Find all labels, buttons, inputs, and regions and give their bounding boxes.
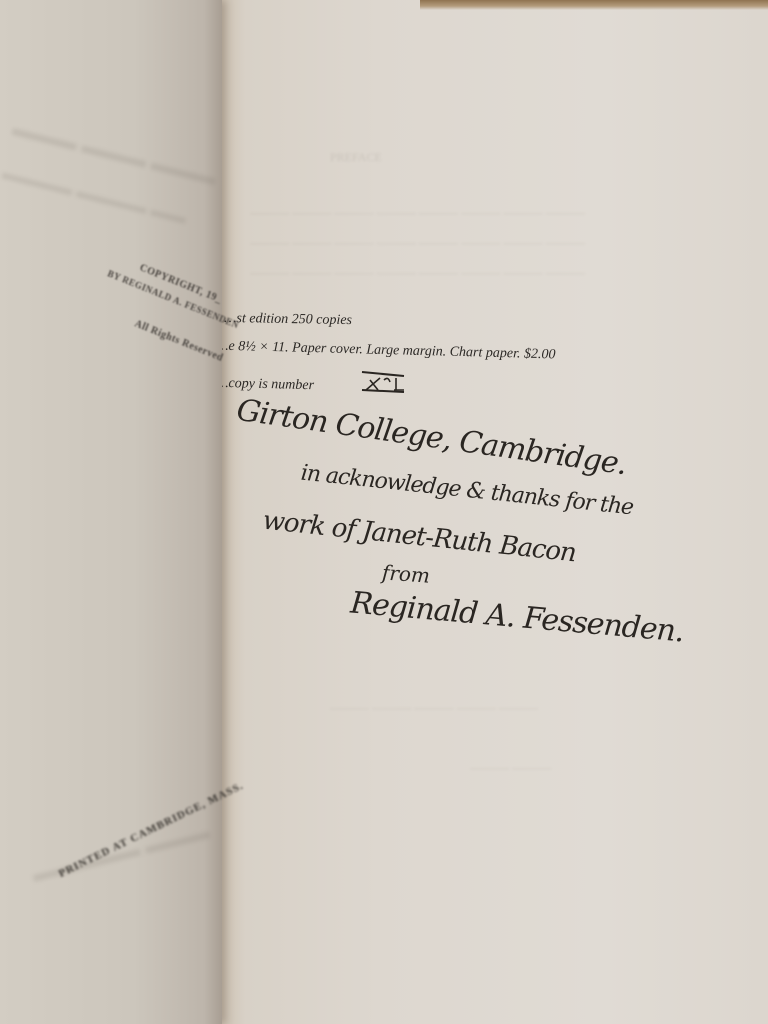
show-through-text: ——— ——— ——— ——— ——— ——— ——— ———: [250, 235, 585, 251]
show-through-text: ▬▬▬▬▬ ▬▬▬: [30, 818, 212, 887]
rights-reserved: All Rights Reserved: [133, 318, 225, 364]
left-page: ▬▬▬ ▬▬▬ ▬▬▬ ▬▬▬▬ ▬▬▬▬ ▬▬ ▬▬▬▬▬ ▬▬▬ COPYR…: [0, 0, 222, 1024]
show-through-text: ——— ——— ——— ——— ——— ——— ——— ———: [250, 265, 585, 281]
page-stack-edge: [420, 0, 768, 10]
show-through-text: ——— ———: [470, 760, 551, 776]
show-through-text: ——— ——— ——— ——— ——— ——— ——— ———: [250, 205, 585, 221]
edition-line: …st edition 250 copies: [224, 311, 352, 329]
show-through-text: PREFACE: [330, 150, 382, 165]
copy-number-line: …copy is number: [216, 376, 314, 395]
copy-number-struck: [360, 366, 406, 394]
printer-imprint: PRINTED AT CAMBRIDGE, MASS.: [57, 780, 246, 880]
inscription-line-4: from: [381, 560, 431, 587]
show-through-text: ——— ——— ——— ——— ———: [330, 700, 538, 716]
book-photo: PREFACE ——— ——— ——— ——— ——— ——— ——— ——— …: [0, 0, 768, 1024]
